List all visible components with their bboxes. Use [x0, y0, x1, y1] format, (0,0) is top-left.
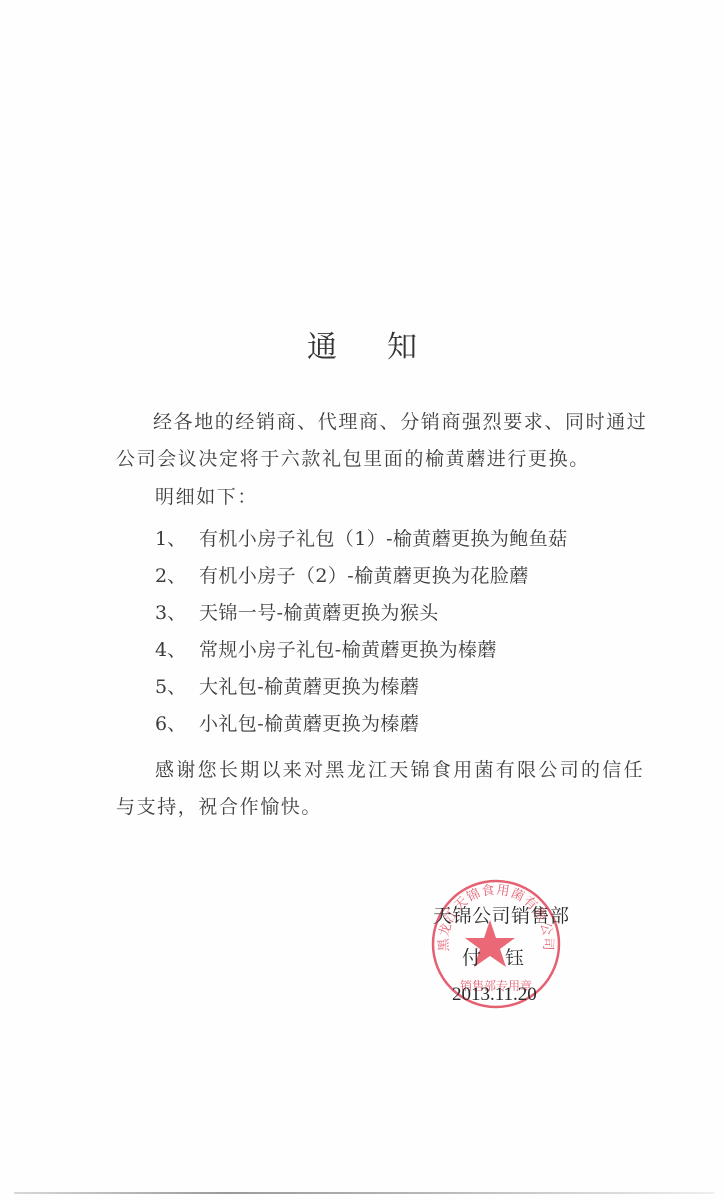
list-item-number: 1、: [155, 528, 186, 550]
list-item-text: 有机小房子礼包（1）-榆黄蘑更换为鲍鱼菇: [199, 528, 568, 550]
closing-paragraph-line-2: 与支持，祝合作愉快。: [116, 796, 322, 818]
title-char-1: 通: [307, 322, 337, 366]
list-item-text: 小礼包-榆黄蘑更换为榛蘑: [199, 713, 419, 735]
list-item-number: 3、: [155, 602, 186, 624]
signature-department: 天锦公司销售部: [433, 905, 570, 927]
list-item-text: 有机小房子（2）-榆黄蘑更换为花脸蘑: [199, 565, 529, 587]
scanned-document-page: 通知 经各地的经销商、代理商、分销商强烈要求、同时通过 公司会议决定将于六款礼包…: [0, 0, 724, 1200]
list-item-number: 6、: [155, 713, 186, 735]
intro-paragraph-line-2: 公司会议决定将于六款礼包里面的榆黄蘑进行更换。: [116, 448, 590, 470]
closing-paragraph-line-1: 感谢您长期以来对黑龙江天锦食用菌有限公司的信任: [155, 759, 645, 781]
list-item-number: 5、: [155, 676, 186, 698]
signature-name-char-2: 钰: [505, 947, 524, 969]
list-item-number: 2、: [155, 565, 186, 587]
list-item-text: 天锦一号-榆黄蘑更换为猴头: [199, 602, 439, 624]
details-heading: 明细如下：: [155, 486, 258, 508]
document-title: 通知: [0, 322, 724, 366]
intro-paragraph-line-1: 经各地的经销商、代理商、分销商强烈要求、同时通过: [153, 411, 647, 433]
signature-name-char-1: 付: [462, 947, 481, 969]
list-item-text: 常规小房子礼包-榆黄蘑更换为榛蘑: [199, 639, 497, 661]
list-item-number: 4、: [155, 639, 186, 661]
signature-date: 2013.11.20: [452, 984, 537, 1006]
scan-edge-line: [14, 1192, 714, 1194]
list-item-text: 大礼包-榆黄蘑更换为榛蘑: [199, 676, 419, 698]
title-char-2: 知: [387, 322, 417, 366]
